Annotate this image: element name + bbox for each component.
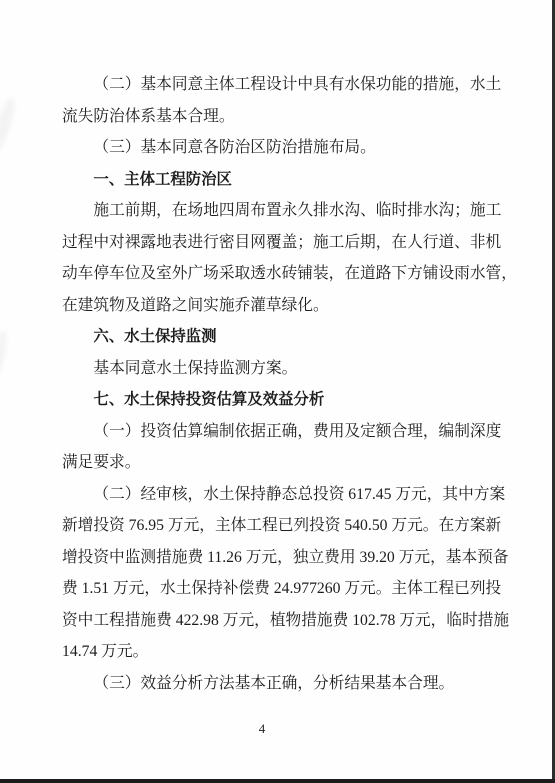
text-line: 资中工程措施费 422.98 万元，植物措施费 102.78 万元，临时措施 [62, 605, 532, 637]
text-line: 在建筑物及道路之间实施乔灌草绿化。 [62, 290, 532, 322]
heading-line: 七、水土保持投资估算及效益分析 [62, 384, 532, 416]
heading-line: 六、水土保持监测 [62, 321, 532, 353]
text-line: 14.74 万元。 [62, 636, 532, 668]
text-line: 过程中对裸露地表进行密目网覆盖；施工后期，在人行道、非机 [62, 227, 532, 259]
heading-line: 一、主体工程防治区 [62, 164, 532, 196]
text-line: 新增投资 76.95 万元，主体工程已列投资 540.50 万元。在方案新 [62, 510, 532, 542]
text-line: 施工前期，在场地四周布置永久排水沟、临时排水沟；施工 [62, 195, 532, 227]
text-line: （二）经审核，水土保持静态总投资 617.45 万元，其中方案 [62, 479, 532, 511]
document-body-text: （二）基本同意主体工程设计中具有水保功能的措施，水土流失防治体系基本合理。（三）… [62, 69, 532, 699]
scan-smudge [0, 329, 9, 376]
text-line: 满足要求。 [62, 447, 532, 479]
text-line: 增投资中监测措施费 11.26 万元，独立费用 39.20 万元，基本预备 [62, 542, 532, 574]
text-line: （三）基本同意各防治区防治措施布局。 [62, 132, 532, 164]
text-line: 动车停车位及室外广场采取透水砖铺装，在道路下方铺设雨水管， [62, 258, 532, 290]
text-line: （三）效益分析方法基本正确，分析结果基本合理。 [62, 668, 532, 700]
text-line: 基本同意水土保持监测方案。 [62, 353, 532, 385]
scanned-document-page: （二）基本同意主体工程设计中具有水保功能的措施，水土流失防治体系基本合理。（三）… [0, 0, 555, 783]
text-line: 费 1.51 万元，水土保持补偿费 24.977260 万元。主体工程已列投 [62, 573, 532, 605]
scan-smudge [0, 95, 19, 156]
scan-border-bottom [0, 779, 555, 783]
page-number: 4 [62, 721, 462, 737]
text-line: （一）投资估算编制依据正确，费用及定额合理，编制深度 [62, 416, 532, 448]
text-line: 流失防治体系基本合理。 [62, 101, 532, 133]
text-line: （二）基本同意主体工程设计中具有水保功能的措施，水土 [62, 69, 532, 101]
